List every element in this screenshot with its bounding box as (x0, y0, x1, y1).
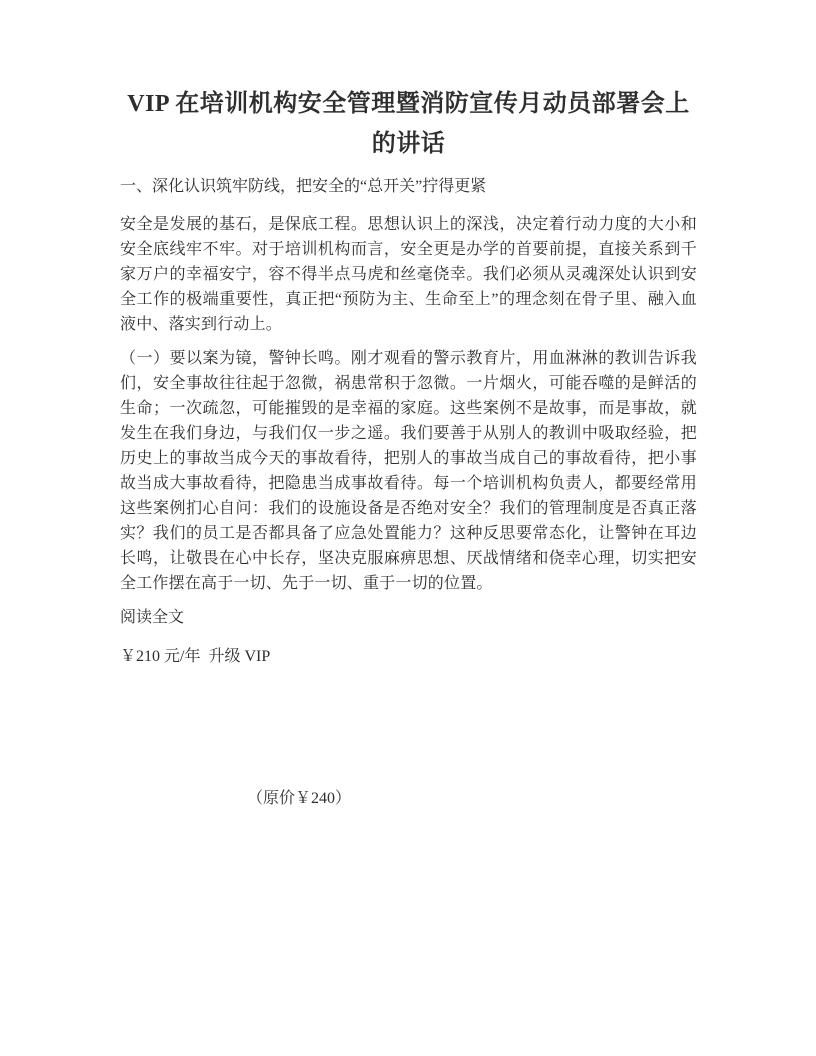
vip-price-row: ￥210 元/年升级 VIP (120, 644, 697, 669)
document-page: VIP 在培训机构安全管理暨消防宣传月动员部署会上的讲话 一、深化认识筑牢防线，… (0, 0, 816, 1056)
body-paragraph-2: （一）要以案为镜，警钟长鸣。刚才观看的警示教育片，用血淋淋的教训告诉我们，安全事… (120, 346, 697, 596)
page-title: VIP 在培训机构安全管理暨消防宣传月动员部署会上的讲话 (120, 84, 697, 164)
section-heading: 一、深化认识筑牢防线，把安全的“总开关”拧得更紧 (120, 174, 697, 199)
upgrade-vip-link[interactable]: 升级 VIP (208, 648, 270, 665)
original-price-text: （原价￥240） (120, 786, 697, 811)
body-paragraph-1: 安全是发展的基石，是保底工程。思想认识上的深浅，决定着行动力度的大小和安全底线牢… (120, 212, 697, 337)
read-more-row: 阅读全文 (120, 605, 697, 630)
read-more-link[interactable]: 阅读全文 (120, 609, 184, 626)
vip-price-text: ￥210 元/年 (120, 648, 200, 665)
